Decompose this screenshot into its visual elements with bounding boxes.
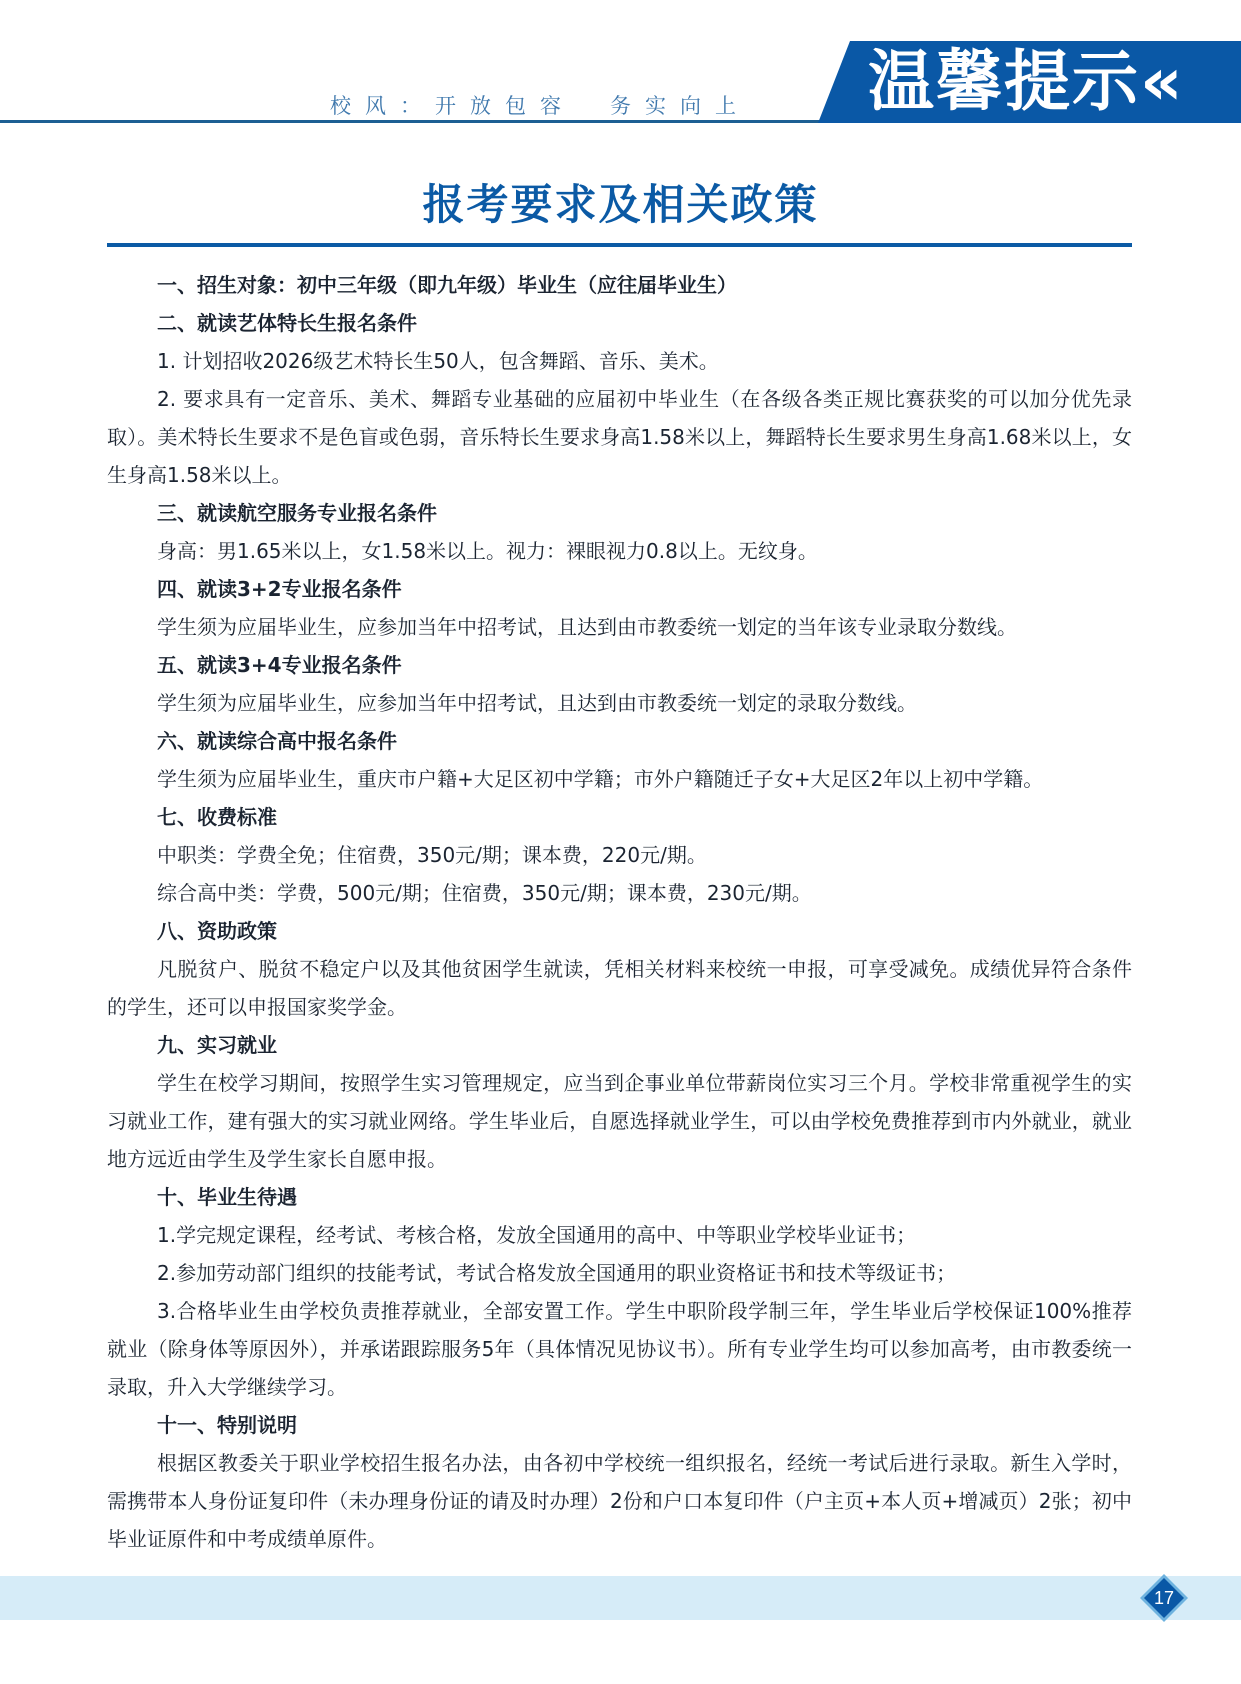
section-paragraph: 学生须为应届毕业生，应参加当年中招考试，且达到由市教委统一划定的当年该专业录取分… — [107, 608, 1132, 646]
section-heading: 十、毕业生待遇 — [107, 1178, 1132, 1216]
header-rule — [0, 120, 840, 123]
section-paragraph: 2. 要求具有一定音乐、美术、舞蹈专业基础的应届初中毕业生（在各级各类正规比赛获… — [107, 380, 1132, 494]
section-heading: 六、就读综合高中报名条件 — [107, 722, 1132, 760]
section-paragraph: 1.学完规定课程，经考试、考核合格，发放全国通用的高中、中等职业学校毕业证书； — [107, 1216, 1132, 1254]
section-paragraph: 中职类：学费全免；住宿费，350元/期；课本费，220元/期。 — [107, 836, 1132, 874]
section-heading: 十一、特别说明 — [107, 1406, 1132, 1444]
page-number-badge: 17 — [1140, 1574, 1188, 1622]
section-heading: 九、实习就业 — [107, 1026, 1132, 1064]
section-heading: 一、招生对象：初中三年级（即九年级）毕业生（应往届毕业生） — [107, 266, 1132, 304]
section-paragraph: 综合高中类：学费，500元/期；住宿费，350元/期；课本费，230元/期。 — [107, 874, 1132, 912]
section-paragraph: 学生在校学习期间，按照学生实习管理规定，应当到企事业单位带薪岗位实习三个月。学校… — [107, 1064, 1132, 1178]
page-number: 17 — [1140, 1574, 1188, 1622]
section-heading: 四、就读3+2专业报名条件 — [107, 570, 1132, 608]
section-heading: 三、就读航空服务专业报名条件 — [107, 494, 1132, 532]
section-paragraph: 2.参加劳动部门组织的技能考试，考试合格发放全国通用的职业资格证书和技术等级证书… — [107, 1254, 1132, 1292]
section-paragraph: 3.合格毕业生由学校负责推荐就业，全部安置工作。学生中职阶段学制三年，学生毕业后… — [107, 1292, 1132, 1406]
banner-title: 温馨提示« — [868, 44, 1185, 120]
section-paragraph: 身高：男1.65米以上，女1.58米以上。视力：裸眼视力0.8以上。无纹身。 — [107, 532, 1132, 570]
document-body: 一、招生对象：初中三年级（即九年级）毕业生（应往届毕业生） 二、就读艺体特长生报… — [107, 266, 1132, 1558]
section-paragraph: 根据区教委关于职业学校招生报名办法，由各初中学校统一组织报名，经统一考试后进行录… — [107, 1444, 1132, 1558]
section-heading: 七、收费标准 — [107, 798, 1132, 836]
section-heading: 五、就读3+4专业报名条件 — [107, 646, 1132, 684]
section-heading: 二、就读艺体特长生报名条件 — [107, 304, 1132, 342]
section-paragraph: 1. 计划招收2026级艺术特长生50人，包含舞蹈、音乐、美术。 — [107, 342, 1132, 380]
section-paragraph: 学生须为应届毕业生，重庆市户籍+大足区初中学籍；市外户籍随迁子女+大足区2年以上… — [107, 760, 1132, 798]
title-underline — [107, 243, 1132, 247]
section-paragraph: 凡脱贫户、脱贫不稳定户以及其他贫困学生就读，凭相关材料来校统一申报，可享受减免。… — [107, 950, 1132, 1026]
section-heading: 八、资助政策 — [107, 912, 1132, 950]
page-title: 报考要求及相关政策 — [0, 172, 1241, 232]
section-paragraph: 学生须为应届毕业生，应参加当年中招考试，且达到由市教委统一划定的录取分数线。 — [107, 684, 1132, 722]
school-motto: 校风：开放包容 务实向上 — [330, 90, 750, 120]
footer-band — [0, 1576, 1241, 1620]
